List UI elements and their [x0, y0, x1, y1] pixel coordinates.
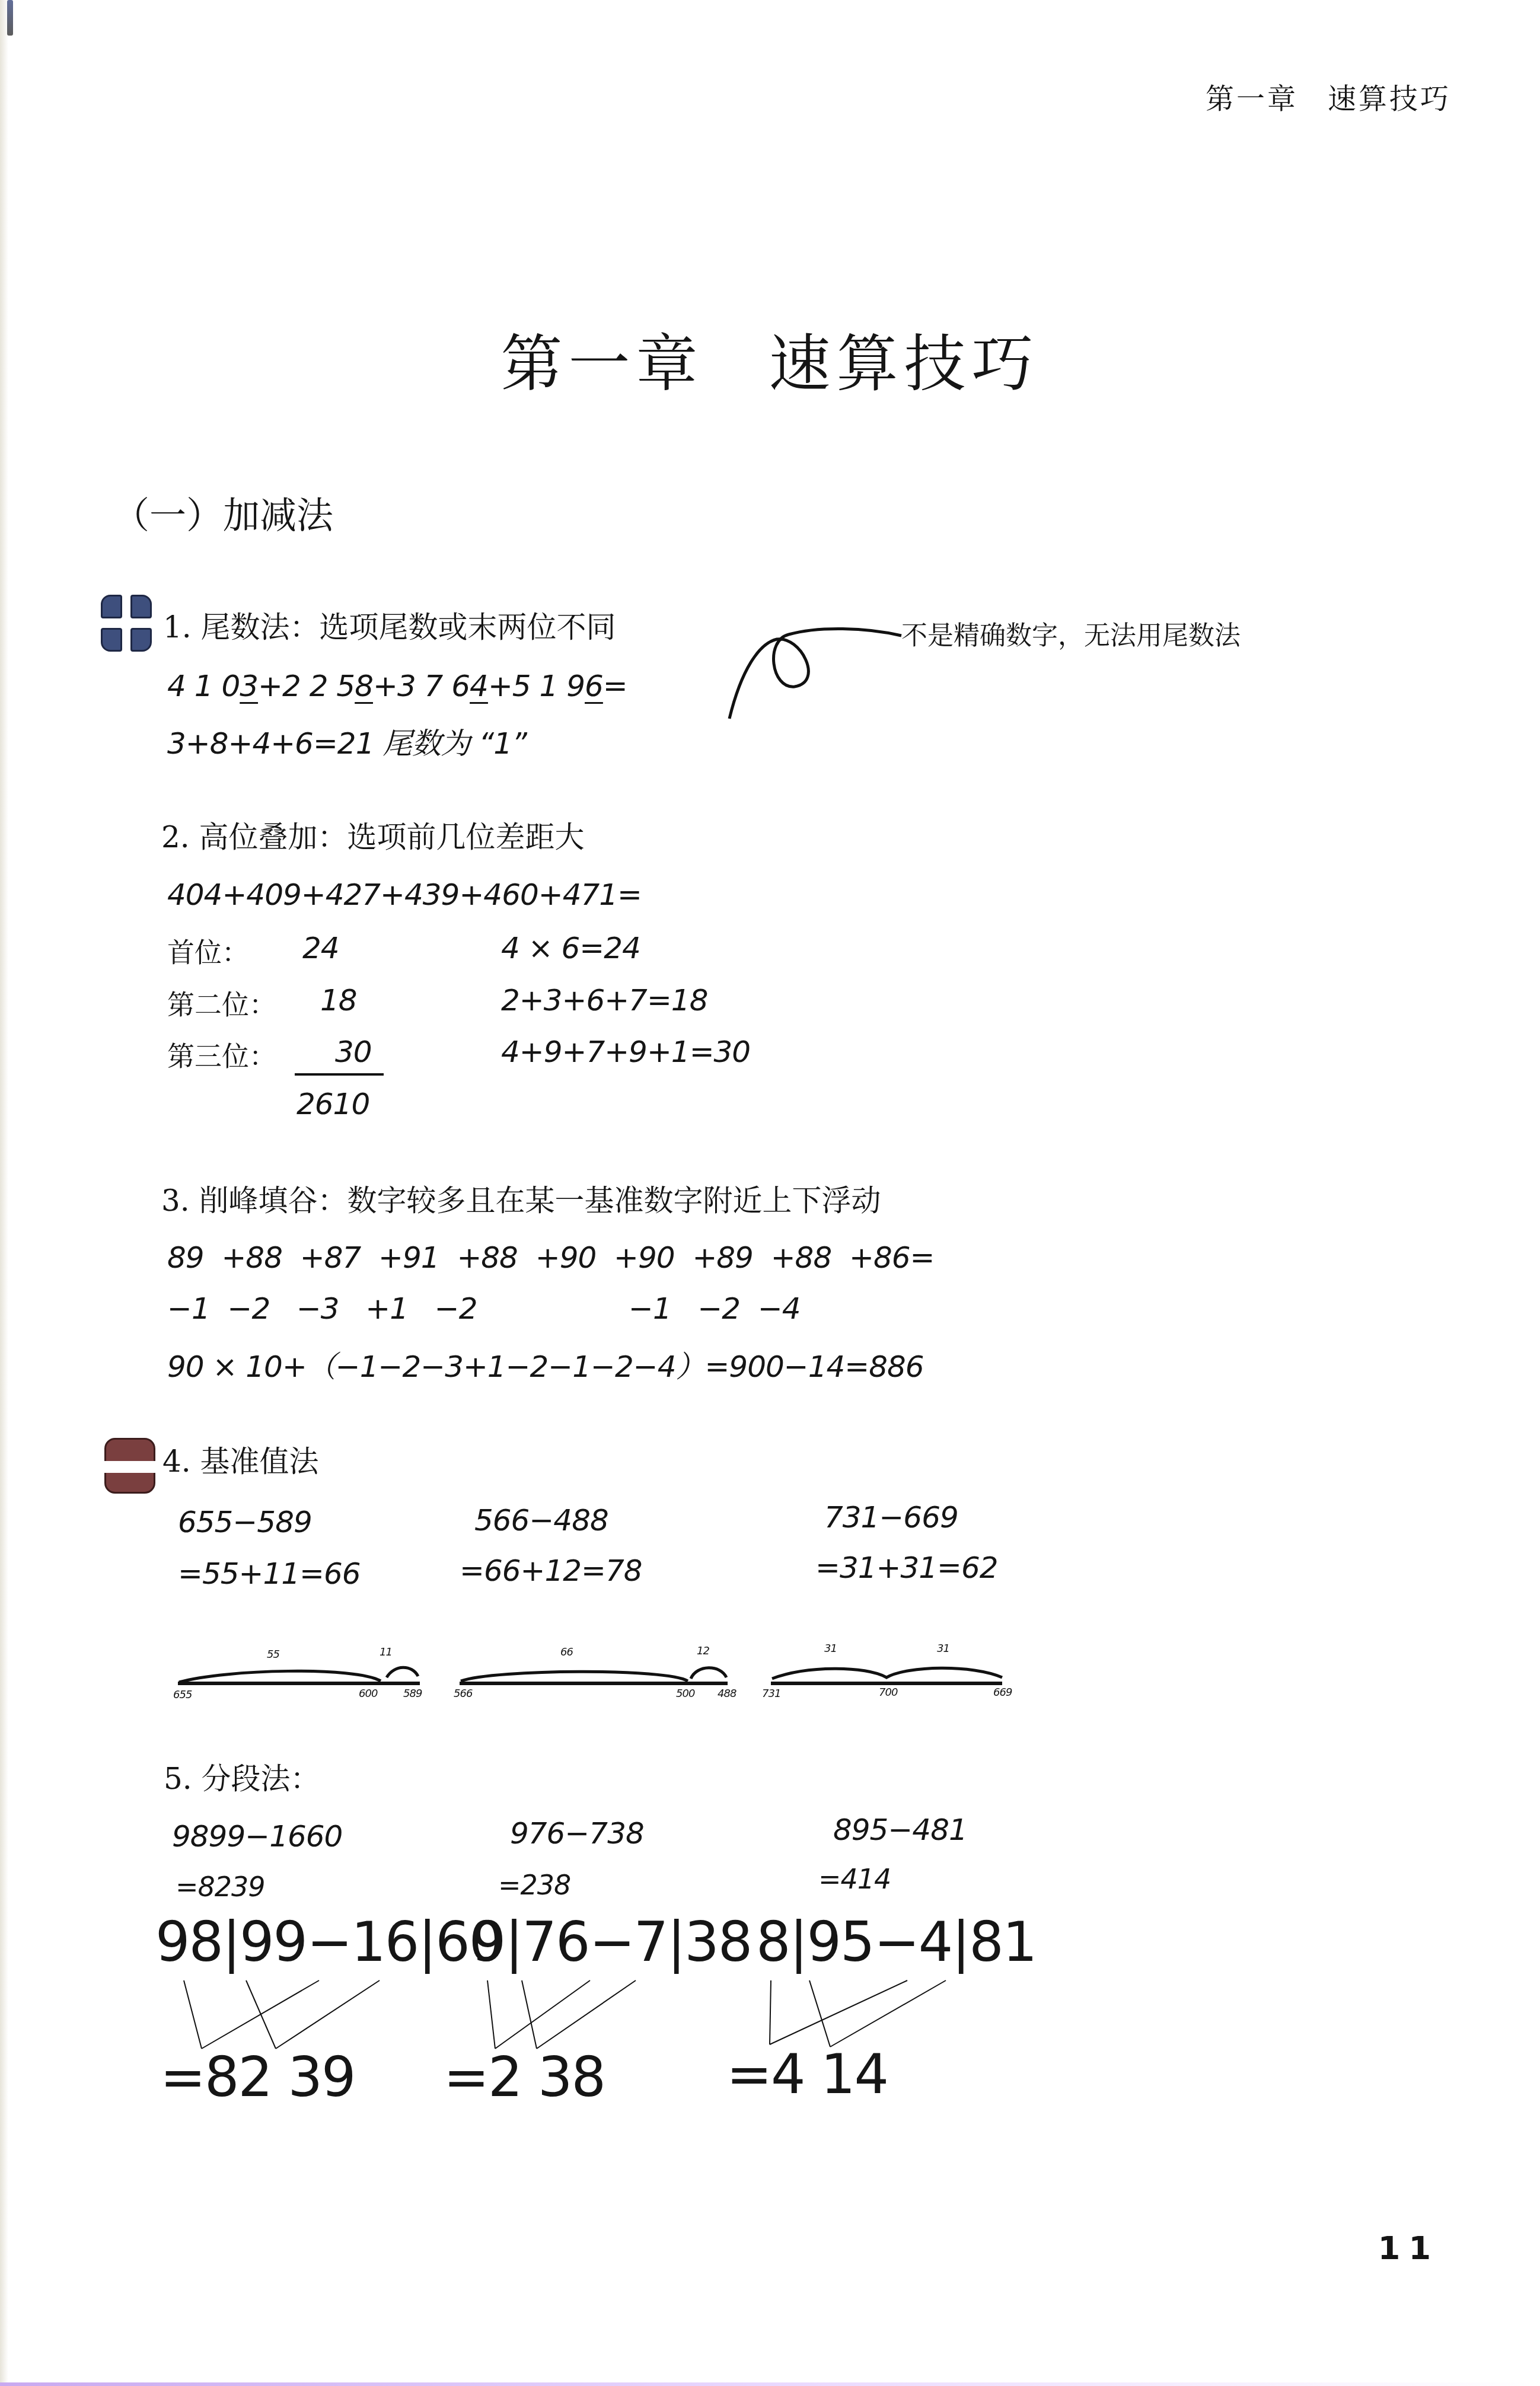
method-2-heading: 2. 高位叠加：选项前几位差距大: [161, 814, 585, 856]
tick-label: 589: [403, 1688, 422, 1700]
method-2-row-value: 30: [335, 1035, 372, 1069]
method-1-expression: 4 1 03+2 2 58+3 7 64+5 1 96=: [167, 669, 627, 703]
sum-rule: [295, 1073, 384, 1076]
segmented-expr-1: 98|99−16|60: [155, 1910, 502, 1974]
segmented-result-1: =82 39: [160, 2046, 355, 2109]
tick-label: 488: [718, 1688, 736, 1700]
scan-artifact-mark: [7, 0, 13, 36]
arc-label: 55: [267, 1648, 279, 1661]
plus-block-icon: [101, 595, 152, 652]
method-5-expr: 9899−1660: [172, 1819, 342, 1854]
tick-label: 500: [676, 1688, 694, 1700]
method-4-expr: 655−589: [178, 1505, 312, 1539]
method-4-heading: 4. 基准值法: [162, 1438, 319, 1481]
method-5-expr: 895−481: [833, 1813, 967, 1847]
method-5-heading: 5. 分段法：: [164, 1755, 320, 1798]
method-2-row-label: 第二位：: [167, 983, 276, 1022]
arc-label: 31: [937, 1642, 949, 1655]
method-2-row-value: 24: [302, 931, 339, 965]
method-3-deviations-left: −1 −2 −3 +1 −2: [167, 1291, 477, 1326]
tick-label: 669: [993, 1686, 1012, 1699]
running-head-title: 速算技巧: [1328, 82, 1451, 116]
method-5-result: =8239: [176, 1871, 265, 1903]
segmented-result-2: =2 38: [444, 2046, 605, 2109]
running-head: 第一章速算技巧: [1206, 76, 1451, 117]
number-line-diagram: [178, 1657, 427, 1693]
segmented-result-3: =4 14: [726, 2043, 888, 2106]
method-2-row-value: 18: [320, 983, 357, 1017]
arc-label: 11: [380, 1646, 392, 1658]
chapter-number: 第一章: [500, 328, 703, 400]
method-2-expression: 404+409+427+439+460+471=: [167, 878, 642, 912]
segmented-expr-2: 9|76−7|38: [471, 1910, 751, 1974]
method-4-result: =66+12=78: [460, 1554, 642, 1588]
method-2-row-calc: 4 × 6=24: [501, 931, 640, 965]
arc-label: 12: [697, 1645, 709, 1657]
method-2-row-calc: 2+3+6+7=18: [501, 983, 707, 1017]
tick-label: 600: [359, 1688, 377, 1700]
method-1-annotation: 不是精确数字，无法用尾数法: [901, 614, 1241, 652]
tick-label: 566: [454, 1688, 472, 1700]
annotation-loop-arrow: [729, 617, 925, 723]
arc-label: 66: [560, 1646, 573, 1658]
running-head-chapter: 第一章: [1206, 82, 1298, 116]
minus-block-icon: [104, 1438, 155, 1494]
method-4-result: =55+11=66: [178, 1556, 361, 1591]
method-1-heading: 1. 尾数法：选项尾数或末两位不同: [163, 604, 616, 646]
method-4-expr: 566−488: [474, 1503, 608, 1537]
method-3-heading: 3. 削峰填谷：数字较多且在某一基准数字附近上下浮动: [161, 1177, 881, 1220]
method-2-row-label: 第三位：: [167, 1035, 276, 1074]
chapter-title: 第一章速算技巧: [0, 314, 1540, 403]
method-1-sum: 3+8+4+6=21 尾数为 “1”: [167, 720, 527, 763]
method-2-total: 2610: [296, 1087, 369, 1121]
tick-label: 655: [173, 1689, 192, 1701]
arc-label: 31: [824, 1642, 837, 1655]
method-3-terms: 89 +88 +87 +91 +88 +90 +90 +89 +88 +86=: [167, 1240, 934, 1275]
chapter-name: 速算技巧: [769, 328, 1040, 400]
method-4-result: =31+31=62: [815, 1551, 998, 1585]
method-2-row-label: 首位：: [167, 931, 249, 970]
scan-bottom-edge: [0, 2382, 1540, 2386]
method-5-result: =238: [498, 1869, 570, 1901]
tick-label: 700: [879, 1686, 897, 1699]
method-5-expr: 976−738: [510, 1816, 644, 1851]
segmented-expr-3: 8|95−4|81: [756, 1910, 1036, 1974]
page-number: 11: [1378, 2229, 1439, 2267]
tick-label: 731: [762, 1688, 780, 1700]
method-3-result: 90 × 10+（−1−2−3+1−2−1−2−4）=900−14=886: [167, 1343, 924, 1386]
method-3-deviations-right: −1 −2 −4: [629, 1291, 801, 1326]
method-4-expr: 731−669: [824, 1500, 958, 1535]
section-title: （一）加减法: [113, 486, 333, 539]
method-2-row-calc: 4+9+7+9+1=30: [501, 1035, 750, 1069]
method-5-result: =414: [818, 1863, 891, 1895]
